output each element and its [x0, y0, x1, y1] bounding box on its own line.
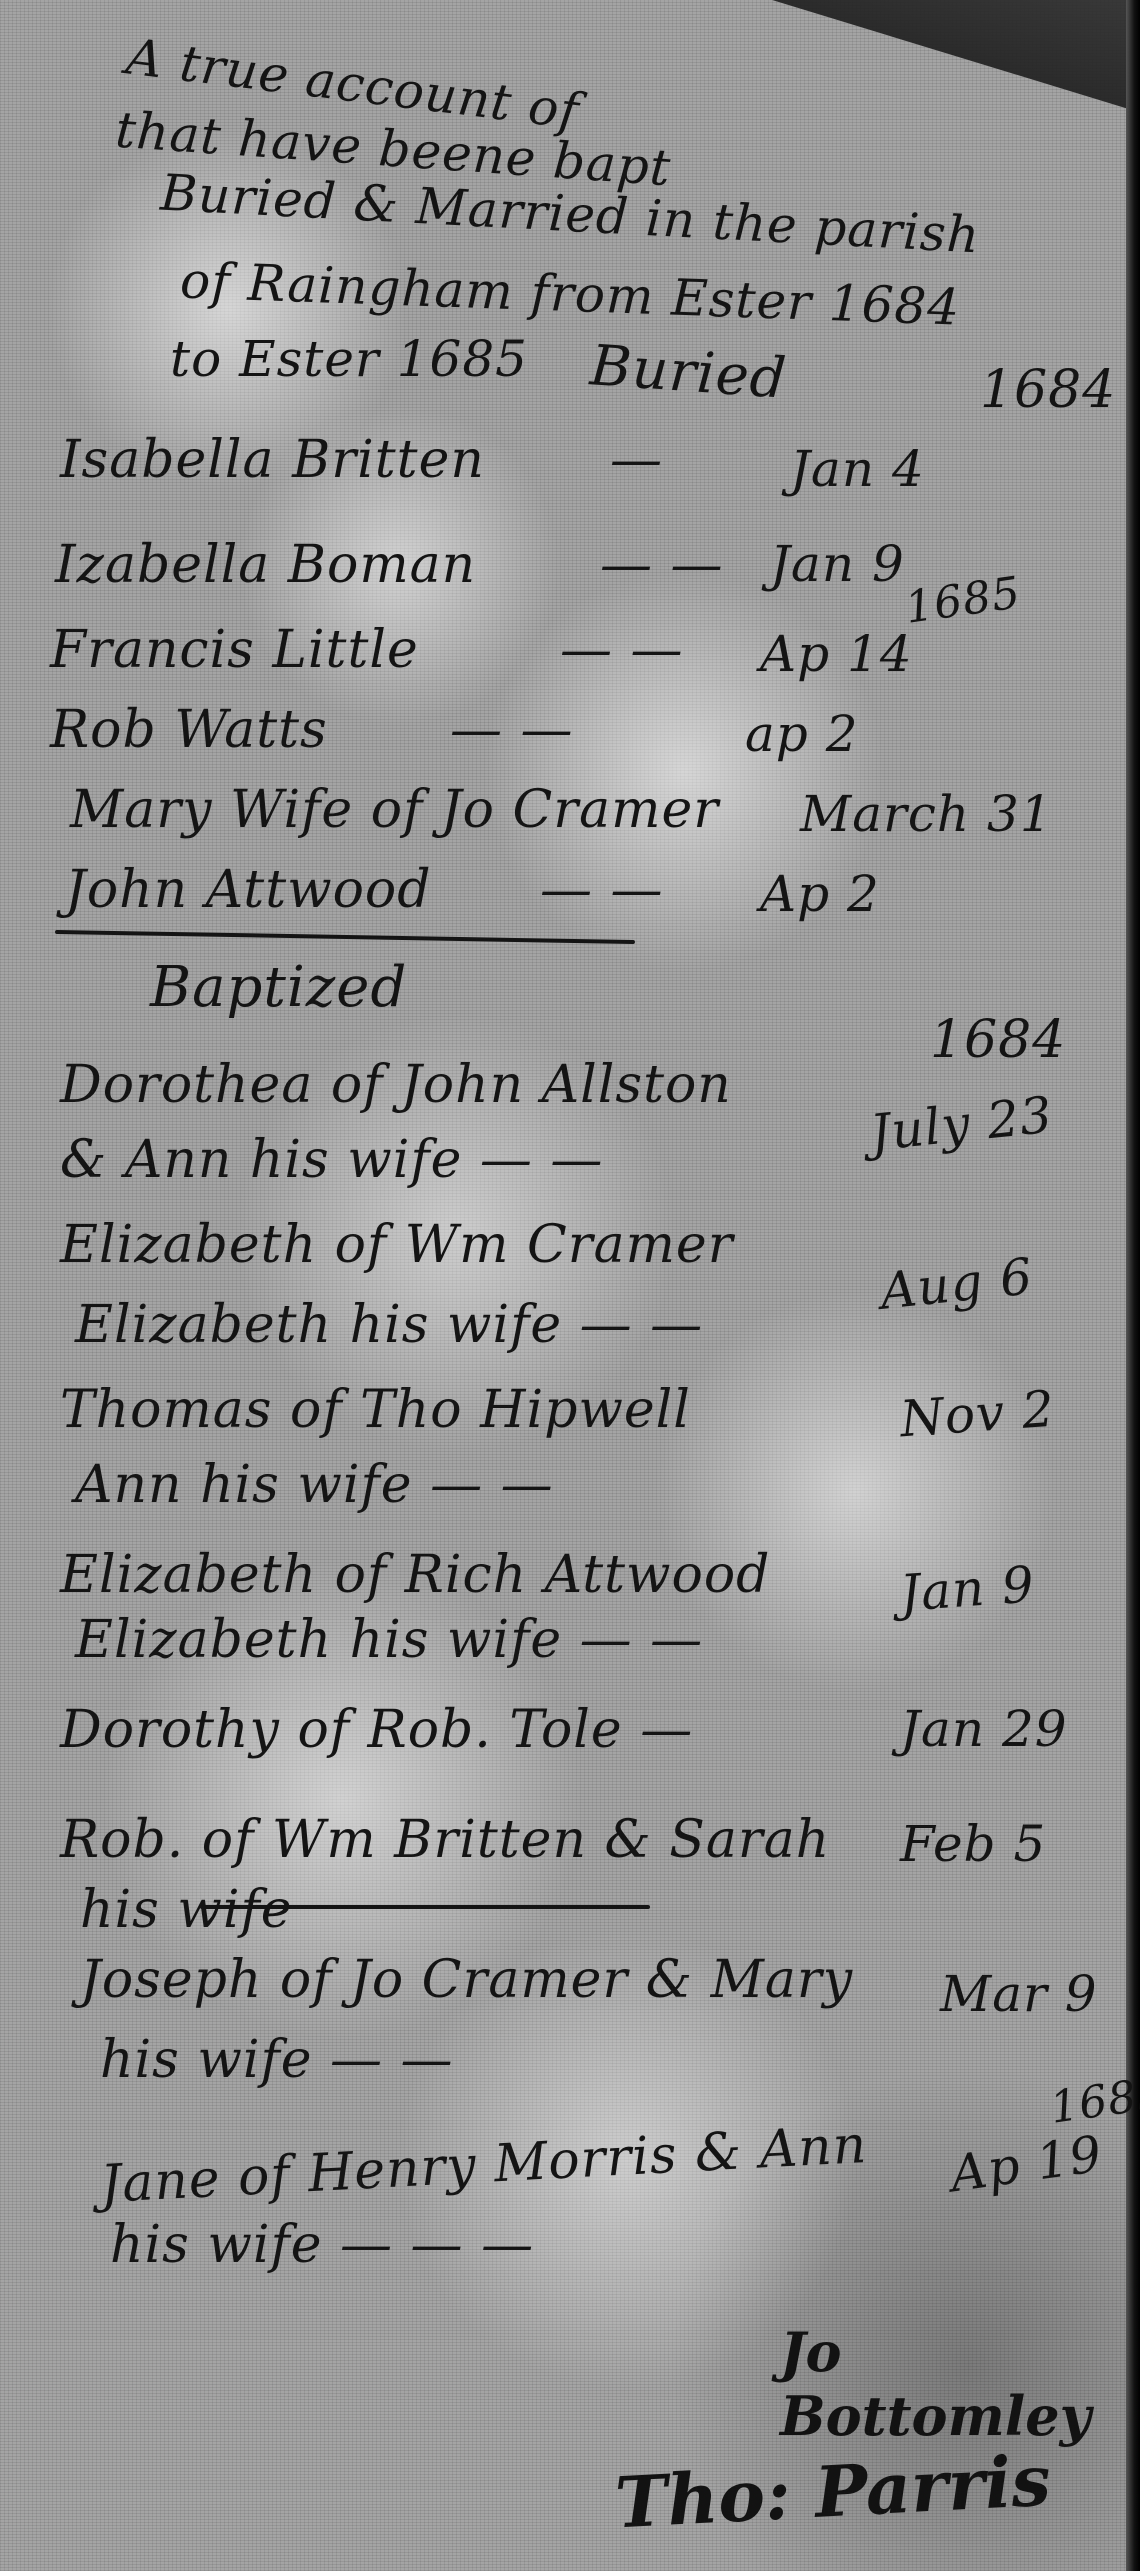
buried-entry-name: Rob Watts	[50, 700, 328, 760]
buried-entry-date: Jan 9	[770, 535, 905, 593]
entry-rule	[200, 1905, 650, 1909]
buried-entry-date: Jan 4	[790, 440, 925, 498]
buried-entry-name: Mary Wife of Jo Cramer	[70, 780, 719, 840]
baptism-entry-date: July 23	[867, 1086, 1055, 1163]
baptism-entry-line1: Jane of Henry Morris & Ann	[99, 2115, 869, 2215]
baptism-entry-date: Feb 5	[900, 1815, 1046, 1873]
buried-entry-name: John Attwood	[65, 860, 432, 920]
buried-entry-date: March 31	[800, 785, 1053, 843]
buried-entry-dash: — —	[560, 620, 684, 680]
baptized-year: 1684	[930, 1010, 1066, 1070]
buried-entry-dash: — —	[600, 535, 724, 595]
baptism-entry-line1: Joseph of Jo Cramer & Mary	[80, 1950, 853, 2010]
buried-entry-date: ap 2	[745, 705, 859, 763]
baptism-entry-date: Jan 9	[898, 1555, 1036, 1622]
baptism-entry-line1: Elizabeth of Rich Attwood	[60, 1545, 770, 1605]
section-divider	[55, 930, 635, 944]
baptism-entry-line2: his wife	[80, 1880, 293, 1940]
page-fold-shadow	[513, 0, 1140, 131]
buried-year: 1684	[980, 360, 1116, 420]
baptized-label: Baptized	[150, 955, 407, 1020]
baptism-entry-date: Aug 6	[877, 1247, 1035, 1321]
baptism-entry-line2: Elizabeth his wife — —	[75, 1610, 703, 1670]
buried-year-note: 1685	[902, 567, 1024, 634]
baptism-entry-line1: Dorothy of Rob. Tole —	[60, 1700, 693, 1760]
heading-line-4: of Raingham from Ester 1684	[179, 251, 961, 336]
baptism-entry-line1: Thomas of Tho Hipwell	[60, 1380, 691, 1440]
baptism-entry-line1: Dorothea of John Allston	[60, 1055, 732, 1115]
baptism-entry-line2: his wife — —	[100, 2030, 454, 2090]
heading-line-5: to Ester 1685	[170, 330, 528, 388]
buried-entry-dash: — —	[540, 860, 664, 920]
baptism-entry-line1: Rob. of Wm Britten & Sarah	[60, 1810, 830, 1870]
signature-2: Tho: Parris	[613, 2439, 1053, 2545]
signature-1: Jo Bottomley	[780, 2320, 1140, 2448]
baptism-entry-line2: his wife — — —	[110, 2215, 534, 2275]
baptism-entry-date: Mar 9	[940, 1965, 1098, 2023]
buried-entry-date: Ap 14	[760, 625, 913, 683]
buried-label: Buried	[588, 333, 789, 412]
baptism-entry-line1: Elizabeth of Wm Cramer	[60, 1215, 734, 1275]
baptism-entry-line2: Ann his wife — —	[75, 1455, 554, 1515]
baptism-entry-line2: Elizabeth his wife — —	[75, 1295, 703, 1355]
baptism-entry-date: Nov 2	[898, 1380, 1056, 1449]
buried-entry-dash: — —	[450, 700, 574, 760]
baptism-entry-line2: & Ann his wife — —	[60, 1130, 603, 1190]
buried-entry-name: Isabella Britten	[60, 430, 485, 490]
buried-entry-name: Izabella Boman	[55, 535, 476, 595]
baptism-entry-date: Jan 29	[900, 1700, 1068, 1758]
buried-entry-name: Francis Little	[50, 620, 419, 680]
page-edge	[1126, 0, 1140, 2571]
buried-entry-dash: —	[610, 430, 663, 490]
baptism-entry-date: Ap 19	[947, 2125, 1106, 2204]
register-page: A true account of that have beene bapt B…	[0, 0, 1140, 2571]
buried-entry-date: Ap 2	[760, 865, 880, 923]
